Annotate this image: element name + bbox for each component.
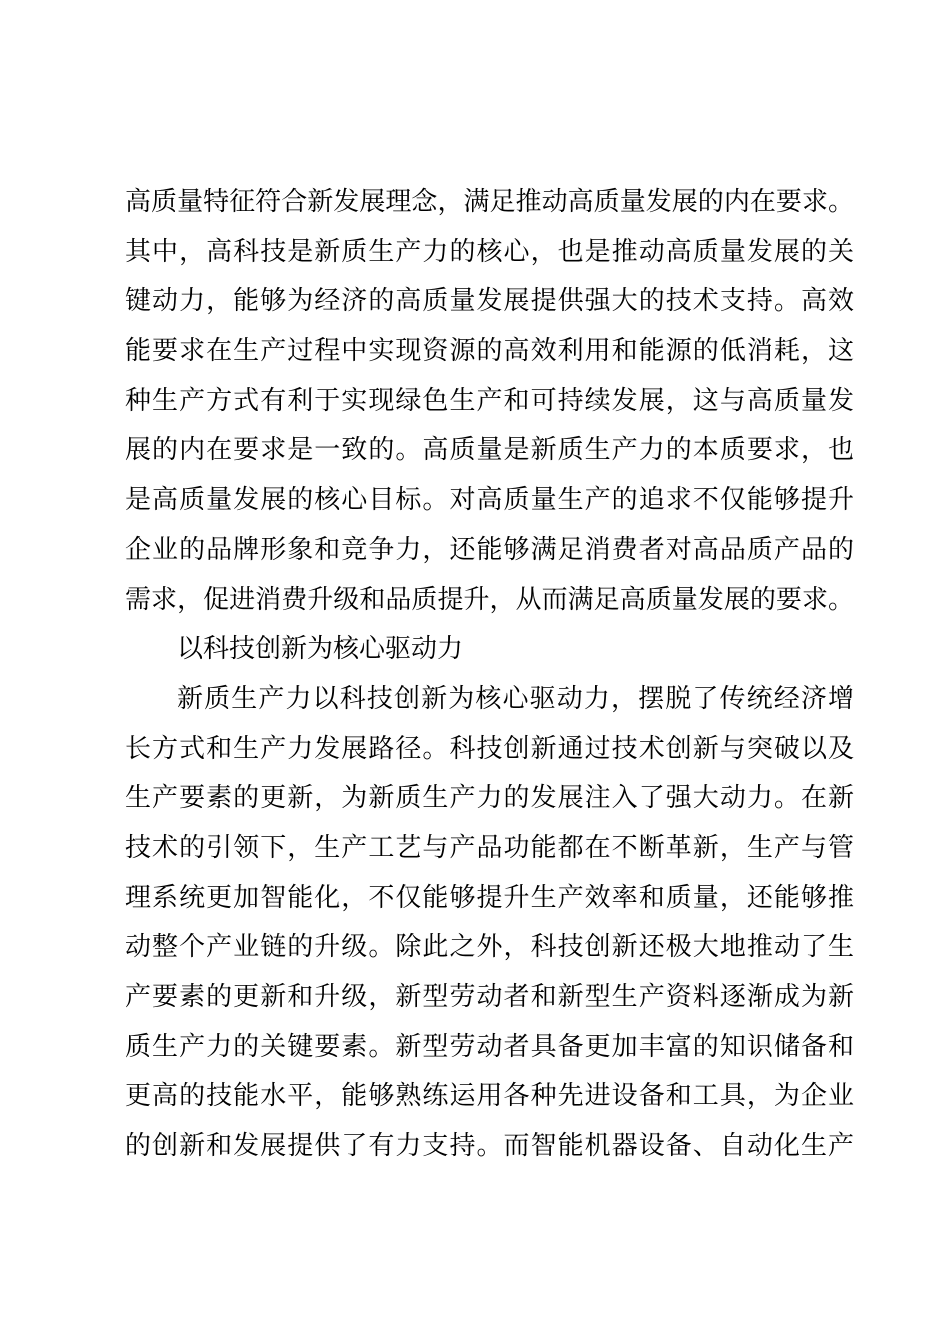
text-line: 键动力，能够为经济的高质量发展提供强大的技术支持。高效	[125, 276, 854, 326]
text-line: 长方式和生产力发展路径。科技创新通过技术创新与突破以及	[125, 724, 854, 774]
text-line: 产要素的更新和升级，新型劳动者和新型生产资料逐渐成为新	[125, 972, 854, 1022]
text-line: 新质生产力以科技创新为核心驱动力，摆脱了传统经济增	[125, 674, 854, 724]
text-line: 更高的技能水平，能够熟练运用各种先进设备和工具，为企业	[125, 1071, 854, 1121]
text-line: 高质量特征符合新发展理念，满足推动高质量发展的内在要求。	[125, 177, 854, 227]
document-page: 高质量特征符合新发展理念，满足推动高质量发展的内在要求。其中，高科技是新质生产力…	[0, 0, 950, 1344]
text-line: 技术的引领下，生产工艺与产品功能都在不断革新，生产与管	[125, 823, 854, 873]
section-heading-line: 以科技创新为核心驱动力	[125, 624, 854, 674]
text-line: 展的内在要求是一致的。高质量是新质生产力的本质要求，也	[125, 425, 854, 475]
text-line: 种生产方式有利于实现绿色生产和可持续发展，这与高质量发	[125, 376, 854, 426]
text-line: 是高质量发展的核心目标。对高质量生产的追求不仅能够提升	[125, 475, 854, 525]
text-line: 生产要素的更新，为新质生产力的发展注入了强大动力。在新	[125, 773, 854, 823]
text-line: 理系统更加智能化，不仅能够提升生产效率和质量，还能够推	[125, 873, 854, 923]
text-line: 的创新和发展提供了有力支持。而智能机器设备、自动化生产	[125, 1121, 854, 1171]
document-text-block: 高质量特征符合新发展理念，满足推动高质量发展的内在要求。其中，高科技是新质生产力…	[125, 177, 854, 1171]
text-line: 其中，高科技是新质生产力的核心，也是推动高质量发展的关	[125, 227, 854, 277]
text-line: 企业的品牌形象和竞争力，还能够满足消费者对高品质产品的	[125, 525, 854, 575]
text-line: 能要求在生产过程中实现资源的高效利用和能源的低消耗，这	[125, 326, 854, 376]
text-line: 动整个产业链的升级。除此之外，科技创新还极大地推动了生	[125, 922, 854, 972]
text-line: 需求，促进消费升级和品质提升，从而满足高质量发展的要求。	[125, 575, 854, 625]
text-line: 质生产力的关键要素。新型劳动者具备更加丰富的知识储备和	[125, 1022, 854, 1072]
